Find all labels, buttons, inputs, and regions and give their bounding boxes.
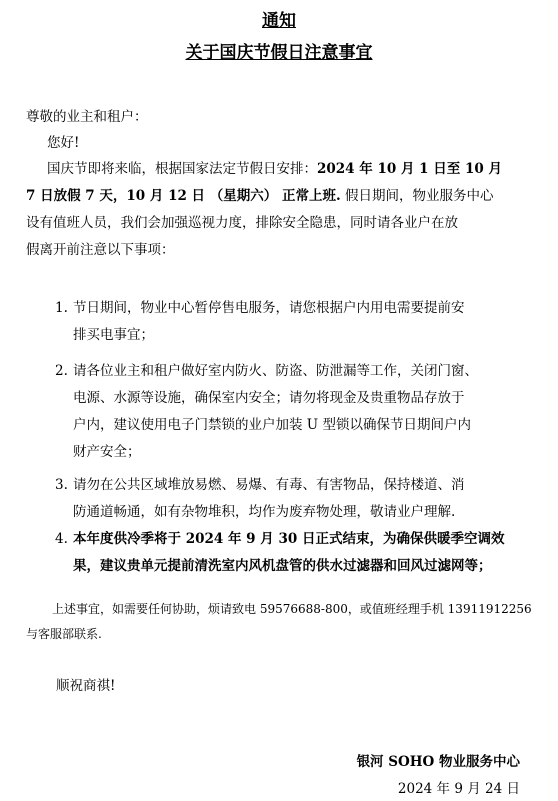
intro-text: 国庆节即将来临，根据国家法定节假日安排： xyxy=(47,161,317,177)
item-3-line: 防通道畅通，如有杂物堆积，均作为废弃物处理，敬请业户理解. xyxy=(73,499,455,525)
intro-line-2: 7 日放假 7 天，10 月 12 日 （星期六） 正常上班. 假日期间，物业服… xyxy=(26,183,493,209)
item-2-line: 户内，建议使用电子门禁锁的业户加装 U 型锁以确保节日期间户内 xyxy=(73,412,471,438)
contact-line-2: 与客服部联系. xyxy=(26,621,102,647)
item-number: 2. xyxy=(55,358,68,384)
item-2-line: 财产安全； xyxy=(73,439,141,465)
intro-line-4: 假离开前注意以下事项： xyxy=(26,237,175,263)
contact-line-1: 上述事宜，如需要任何协助，烦请致电 59576688-800，或值班经理手机 1… xyxy=(52,596,532,622)
item-2-line: 电源、水源等设施，确保室内安全；请勿将现金及贵重物品存放于 xyxy=(73,385,465,411)
intro-text: 假日期间，物业服务中心 xyxy=(341,188,494,204)
holiday-duration: 7 日放假 7 天，10 月 12 日 （星期六） 正常上班. xyxy=(26,188,341,204)
notice-subtitle: 关于国庆节假日注意事宜 xyxy=(0,38,558,63)
item-number: 3. xyxy=(55,472,68,498)
item-4-line: 果，建议贵单元提前清洗室内风机盘管的供水过滤器和回风过滤网等； xyxy=(73,553,492,579)
item-3-line: 请勿在公共区域堆放易燃、易爆、有毒、有害物品，保持楼道、消 xyxy=(73,472,465,498)
item-1-line: 节日期间，物业中心暂停售电服务，请您根据户内用电需要提前安 xyxy=(73,295,465,321)
item-1-line: 排买电事宜； xyxy=(73,322,154,348)
item-number: 1. xyxy=(55,295,68,321)
date: 2024 年 9 月 24 日 xyxy=(398,776,520,801)
salutation: 尊敬的业主和租户： xyxy=(26,104,148,130)
item-4-line: 本年度供冷季将于 2024 年 9 月 30 日正式结束，为确保供暖季空调效 xyxy=(73,526,504,552)
item-2-line: 请各位业主和租户做好室内防火、防盗、防泄漏等工作，关闭门窗、 xyxy=(73,358,478,384)
holiday-dates: 2024 年 10 月 1 日至 10 月 xyxy=(317,161,502,177)
signature: 银河 SOHO 物业服务中心 xyxy=(357,749,520,775)
intro-line-3: 设有值班人员，我们会加强巡视力度，排除安全隐患，同时请各业户在放 xyxy=(26,210,458,236)
greeting: 您好! xyxy=(47,130,79,156)
closing: 顺祝商祺! xyxy=(56,673,115,699)
item-number: 4. xyxy=(55,526,68,552)
intro-line-1: 国庆节即将来临，根据国家法定节假日安排：2024 年 10 月 1 日至 10 … xyxy=(47,156,502,182)
notice-title: 通知 xyxy=(0,6,558,31)
